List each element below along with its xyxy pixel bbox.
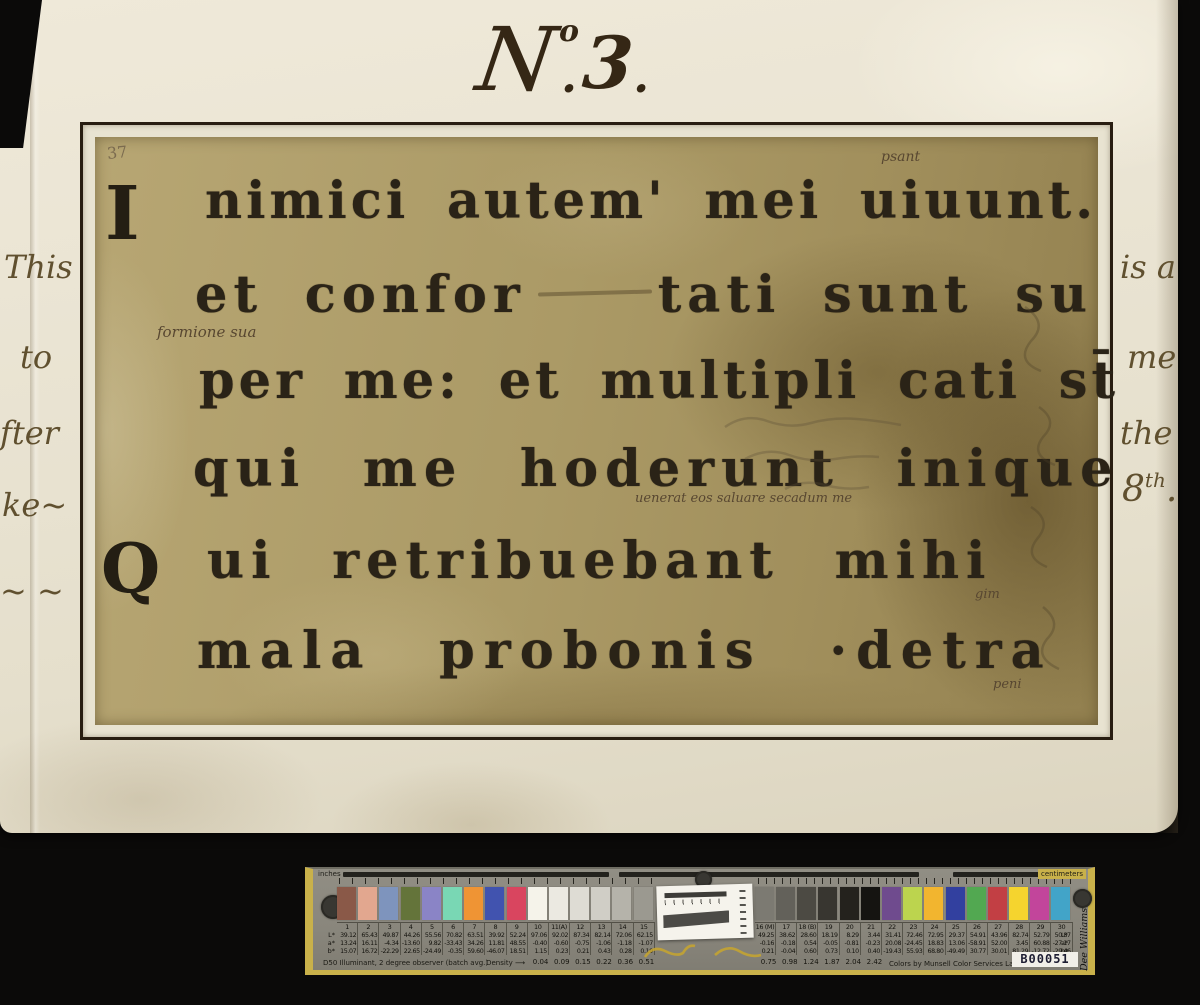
lab-value: 0.23 [549,948,569,956]
patch-number: 22 [882,923,902,932]
lab-value: -0.23 [861,940,881,948]
lab-value: 3.44 [861,932,881,940]
patch-number: 13 [591,923,611,932]
lab-value: 11.81 [485,940,505,948]
initial-I: I [105,171,140,257]
color-patch-11(A) [549,887,568,920]
lab-value: 29.37 [946,932,966,940]
card-tick-scale [665,898,727,905]
lab-value: 48.55 [507,940,527,948]
lab-value: -1.18 [612,940,632,948]
pencil-number: 37 [106,142,128,163]
color-patch-2 [358,887,377,920]
density-value: 1.87 [822,958,843,966]
patch-number: 21 [861,923,881,932]
inches-label: inches [318,870,341,879]
lab-value: 68.80 [924,948,944,956]
lab-value: 34.26 [464,940,484,948]
lab-value: 63.51 [464,932,484,940]
lab-value: 39.12 [337,932,357,940]
margin-note-right-1: is a [1120,248,1176,286]
lab-value: 0.73 [818,948,838,956]
value-column-21: 213.44-0.230.40 [861,922,882,955]
patch-number: 26 [967,923,987,932]
density-label: Density ⟶ [461,959,525,967]
lab-value: -46.07 [485,948,505,956]
value-column-20: 208.29-0.810.10 [840,922,861,955]
density-value: 0.04 [530,958,551,966]
color-patch-27 [988,887,1007,920]
folio-number-heading: N o . 3 . [478,14,649,106]
gloss-formione-sua: formione sua [157,323,256,341]
text-line-5: ui retribuebant mihi [207,531,992,591]
lab-value: 30.01 [988,948,1008,956]
lab-value: 82.14 [591,932,611,940]
lab-value: -0.40 [528,940,548,948]
value-column-13: 1382.14-1.060.43 [591,922,612,955]
lab-value: 52.79 [1030,932,1050,940]
value-column-7: 763.5134.2659.60 [464,922,485,955]
margin-note-left-3: fter [0,414,59,452]
lab-value: 13.24 [337,940,357,948]
lab-value: 44.26 [401,932,421,940]
lab-value: 72.46 [903,932,923,940]
density-value: 2.42 [864,958,885,966]
color-patch-3 [379,887,398,920]
value-column-4: 444.26-13.6022.65 [401,922,422,955]
batch-id-box: B00051 [1012,952,1078,967]
lab-value: 0.21 [570,948,590,956]
lab-value: -13.60 [401,940,421,948]
lab-value: 0.40 [861,948,881,956]
value-column-11(A): 11(A)92.02-0.600.23 [549,922,570,955]
patch-number: 6 [443,923,463,932]
lab-value: 72.95 [924,932,944,940]
lab-value: 0.28 [612,948,632,956]
value-column-28: 2882.743.4581.29 [1009,922,1030,955]
density-value: 1.24 [800,958,821,966]
margin-note-left-5: ~ ~ [0,572,64,610]
density-value: 0.36 [615,958,636,966]
card-gray-bar [664,891,726,898]
patch-number: 8 [485,923,505,932]
lab-value: 92.02 [549,932,569,940]
value-column-27: 2743.9652.0030.01 [988,922,1009,955]
heading-dot-2: . [633,46,649,106]
color-patch-9 [507,887,526,920]
value-column-24: 2472.9518.8368.80 [924,922,945,955]
patch-number: 20 [840,923,860,932]
lab-value: -49.49 [946,948,966,956]
erasure-gap [526,261,658,312]
gloss-psant: psant [881,149,920,165]
lab-value: 0.43 [591,948,611,956]
initial-Q: Q [101,529,160,609]
heading-number: 3 [580,20,636,106]
text-line-2: et confortati sunt su [195,261,1093,325]
lab-value: -0.60 [549,940,569,948]
heading-ordinal: o . [559,18,579,106]
row-label-b: b* [321,948,335,956]
centimeters-label: centimeters [1038,869,1086,879]
text-line-1: nimici autem' mei uiuunt. [205,171,1097,231]
patch-number: 15 [634,923,654,932]
patch-number: 9 [507,923,527,932]
color-patch-14 [612,887,631,920]
color-patch-10 [528,887,547,920]
lab-value: 72.06 [612,932,632,940]
patch-number: 17 [776,923,796,932]
lab-value: 49.87 [379,932,399,940]
lab-value: 22.65 [401,948,421,956]
value-column-29: 2952.7960.88-12.72 [1030,922,1051,955]
patch-number: 11(A) [549,923,569,932]
lab-value: 15.07 [337,948,357,956]
color-patch-12 [570,887,589,920]
text-line-2-pre: et confor [195,265,526,325]
margin-note-left-2: to [20,338,52,376]
patch-number: 4 [401,923,421,932]
value-column-9: 952.2448.5518.51 [507,922,528,955]
value-column-1: 139.1213.2415.07 [337,922,358,955]
color-patch-17 [776,887,795,920]
lab-row-labels-left: L* a* b* [321,932,335,955]
color-patch-24 [924,887,943,920]
lab-value: 59.60 [464,948,484,956]
patch-number: 27 [988,923,1008,932]
lab-value: 52.24 [507,932,527,940]
lab-value: 18.19 [818,932,838,940]
margin-note-right-4: 8th. [1122,468,1177,510]
color-patch-16 (M) [755,887,774,920]
color-patch-18 (B) [797,887,816,920]
lab-value: 54.91 [967,932,987,940]
value-column-26: 2654.91-58.9130.77 [967,922,988,955]
lab-value: 0.54 [797,940,817,948]
value-column-23: 2372.46-24.4555.93 [903,922,924,955]
lab-value: 65.43 [358,932,378,940]
density-word: Density [486,959,513,967]
lab-value: 3.45 [1009,940,1029,948]
value-column-10: 1097.06-0.401.15 [528,922,549,955]
text-line-6: mala probonis ·detra [197,621,1053,681]
value-column-2: 265.4316.1116.72 [358,922,379,955]
density-value: 2.04 [843,958,864,966]
dee-williams-signature: Dee Williams [1079,909,1090,971]
value-column-22: 2231.4120.08-19.43 [882,922,903,955]
lab-value: 52.00 [988,940,1008,948]
patch-number: 25 [946,923,966,932]
ink-frame: 37 I nimici autem' mei uiuunt. psant et … [80,122,1113,740]
color-patch-1 [337,887,356,920]
margin-note-right-2: me [1127,338,1176,376]
lab-value: -0.81 [840,940,860,948]
lab-value: 39.92 [485,932,505,940]
density-values-left: 0.040.090.150.220.360.51 [530,958,657,966]
patch-number: 10 [528,923,548,932]
lab-value: 30.77 [967,948,987,956]
density-value: 0.09 [551,958,572,966]
patch-number: 28 [1009,923,1029,932]
lab-value: 1.15 [528,948,548,956]
lab-value: 0.10 [840,948,860,956]
lab-value: -0.75 [570,940,590,948]
lab-value: 87.34 [570,932,590,940]
patch-number: 24 [924,923,944,932]
color-patch-8 [485,887,504,920]
color-patch-6 [443,887,462,920]
lab-value: -0.35 [443,948,463,956]
lab-value: 8.29 [840,932,860,940]
lab-value: 9.82 [422,940,442,948]
color-patch-22 [882,887,901,920]
color-calibration-bar: inches centimeters 139.1213.2415.07265.4… [305,867,1095,975]
value-column-5: 555.569.82-24.49 [422,922,443,955]
value-column-25: 2529.3713.06-49.49 [946,922,967,955]
density-value: 0.15 [572,958,593,966]
margin-note-left-4: ke~ [2,486,67,524]
patch-number: 23 [903,923,923,932]
lab-value: -4.34 [379,940,399,948]
color-patch-5 [422,887,441,920]
patch-number: 7 [464,923,484,932]
patch-number: 16 (M) [755,923,775,932]
lab-value: -19.43 [882,948,902,956]
registration-circle-right [1073,889,1092,908]
inch-ticks [339,878,655,884]
patch-number: 5 [422,923,442,932]
album-page: N o . 3 . This to fter ke~ ~ ~ is a me t… [0,0,1178,833]
value-column-18 (B): 18 (B)28.600.540.60 [797,922,818,955]
ordinal-sup: th [1145,468,1166,492]
color-patch-26 [967,887,986,920]
lab-value: 18.83 [924,940,944,948]
color-patch-23 [903,887,922,920]
patch-number: 14 [612,923,632,932]
color-patch-13 [591,887,610,920]
value-column-12: 1287.34-0.750.21 [570,922,591,955]
margin-note-left-1: This [4,248,73,286]
color-patch-28 [1009,887,1028,920]
lab-value: 31.41 [882,932,902,940]
lab-value: 18.51 [507,948,527,956]
patch-number: 3 [379,923,399,932]
margin-note-right-3: the [1120,414,1172,452]
color-patch-15 [634,887,653,920]
heading-superscript: o [559,18,579,46]
density-value: 0.22 [594,958,615,966]
color-patch-29 [1030,887,1049,920]
lab-value: 16.72 [358,948,378,956]
value-column-8: 839.9211.81-46.07 [485,922,506,955]
patch-number: 12 [570,923,590,932]
lab-value: -58.91 [967,940,987,948]
lab-value: 97.06 [528,932,548,940]
color-patch-21 [861,887,880,920]
ordinal-base: 8 [1122,469,1145,510]
lab-value: 60.88 [1030,940,1050,948]
density-arrow-icon: ⟶ [515,959,525,967]
lab-value: 43.96 [988,932,1008,940]
lab-value: 13.06 [946,940,966,948]
lab-value: 55.56 [422,932,442,940]
patch-number: 19 [818,923,838,932]
color-patch-19 [818,887,837,920]
lab-value: 55.93 [903,948,923,956]
color-patch-4 [401,887,420,920]
manuscript-fragment: 37 I nimici autem' mei uiuunt. psant et … [95,137,1098,725]
lab-value: -0.05 [818,940,838,948]
centimeter-ticks [758,878,1076,884]
lab-value: 28.60 [797,932,817,940]
color-patch-25 [946,887,965,920]
ordinal-dot: . [1166,469,1177,510]
patch-number: 1 [337,923,357,932]
color-patch-7 [464,887,483,920]
ruler-bar-segment [619,872,919,877]
heading-dot: . [561,46,577,106]
lab-value: -22.29 [379,948,399,956]
lab-value: 16.11 [358,940,378,948]
color-patch-30 [1051,887,1070,920]
lab-value: -33.43 [443,940,463,948]
patch-number: 2 [358,923,378,932]
lab-value: -24.49 [422,948,442,956]
value-column-14: 1472.06-1.180.28 [612,922,633,955]
value-column-6: 670.82-33.43-0.35 [443,922,464,955]
text-line-3: per me: et multipli cati st̄ [199,351,1119,411]
color-patch-20 [840,887,859,920]
yellow-signature-scribble [639,939,789,965]
lab-value: 82.74 [1009,932,1029,940]
patch-number: 29 [1030,923,1050,932]
lab-value: -1.06 [591,940,611,948]
value-column-3: 349.87-4.34-22.29 [379,922,400,955]
heading-letter: N [472,14,562,106]
munsell-caption: Colors by Munsell Color Services Lab [889,960,1018,968]
patch-number: 18 (B) [797,923,817,932]
lab-value: 70.82 [443,932,463,940]
lab-value: 0.60 [797,948,817,956]
faint-ink-scribble-column [995,297,1085,717]
value-column-19: 1918.19-0.050.73 [818,922,839,955]
ruler-bar-segment [343,872,609,877]
lab-value: -24.45 [903,940,923,948]
lab-value: 20.08 [882,940,902,948]
